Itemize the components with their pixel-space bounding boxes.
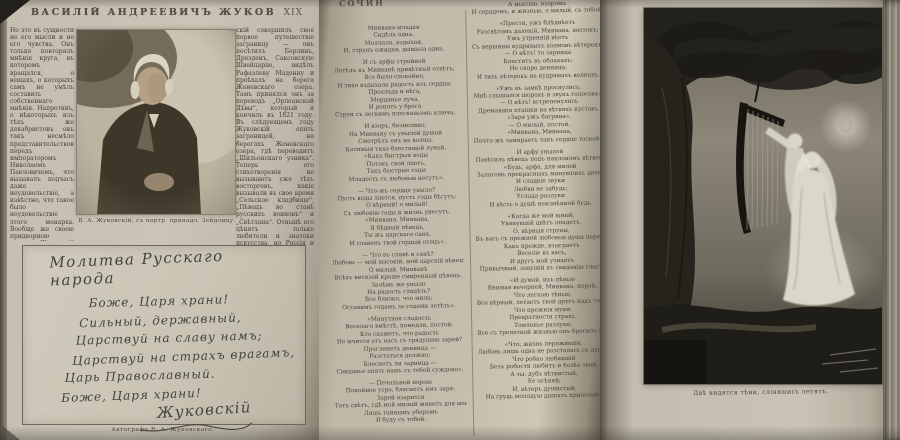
right-page: Двѣ видятся тѣни, сліявшись летятъ. xyxy=(600,0,900,440)
verse-line: Почто-жъ замираетъ такъ сердце тоской?» xyxy=(474,136,600,146)
poem-stanza: А мыслію, взоромъИ сердцемъ, и жизнью, о… xyxy=(471,0,600,17)
verse-line: Привычный, зовущій къ свиданію гласъ. xyxy=(476,264,600,274)
verse-line: И сердцемъ, и жизнью, о милый, съ тобой. xyxy=(471,8,600,18)
page-title: ВАСИЛІЙ АНДРЕЕВИЧЪ ЖУКОВСКІЙ xyxy=(31,7,275,18)
poem-stanza: «Прости, ужъ блѣднѣетъРазсвѣтомъ далекій… xyxy=(471,20,600,82)
left-column-paragraph: Но это въ сущности не его мысли и не его… xyxy=(10,27,74,241)
poem-stanza: — Печальной пороюПокойное утро, блеснетъ… xyxy=(334,379,467,426)
poem-stanza: «Когда же мой юный,Увянувшій цвѣтъ опаде… xyxy=(475,212,600,274)
portrait-plate xyxy=(76,29,236,215)
left-page: ВАСИЛІЙ АНДРЕЕВИЧЪ ЖУКОВСКІЙ XIX Но это … xyxy=(7,0,319,440)
verse-line: Я буду съ тобой. xyxy=(335,416,467,426)
page-stack-edge xyxy=(883,0,900,440)
poem-column-1: Минвана младаяСидѣла одна,Молчала, вздых… xyxy=(327,24,467,440)
poem-stanza: «И думай, ихъ пѣньюВнимая вечерней, Минв… xyxy=(476,276,600,338)
verse-line: На грудь молодую дышать прилетай». xyxy=(479,392,600,402)
autograph-title: Молитва Русскаго народа xyxy=(49,244,292,289)
poem-stanza: И арфу унылойПовѣсилъ пѣвецъ подъ наклон… xyxy=(474,148,600,210)
poem-stanza: И съ арфы стройнойЛетѣлъ къ Минванѣ прив… xyxy=(328,58,461,120)
book-left-edge xyxy=(0,0,7,440)
verse-line: И, струнъ ожидая, дышала одна. xyxy=(328,46,460,56)
illustration-plate xyxy=(644,8,882,384)
portrait-caption: В. А. Жуковскій, съ портр. принадл. Зейд… xyxy=(47,218,267,224)
handwritten-text: Молитва Русскаго народа Боже, Царя храни… xyxy=(23,238,310,438)
autograph-caption: Автографъ В. А. Жуковскаго. xyxy=(7,427,319,433)
autograph-lines: Боже, Царя храни!Сильный, державный,Царс… xyxy=(38,288,295,406)
right-column-text: скій совершилъ свое первое путешествіе з… xyxy=(236,27,314,245)
verse-line: И славенъ твой гордый отецъ». xyxy=(332,239,464,249)
poem-stanza: «Что, жизнь переживши,Любовь лишь одна н… xyxy=(478,340,600,402)
middle-page-content: СОЧИН Минвана младаяСидѣла одна,Молчала,… xyxy=(325,0,600,440)
photo-of-open-book: ВАСИЛІЙ АНДРЕЕВИЧЪ ЖУКОВСКІЙ XIX Но это … xyxy=(0,0,900,440)
verse-line: Младость съ любовью несутъ». xyxy=(330,175,462,185)
autograph-facsimile: Молитва Русскаго народа Боже, Царя храни… xyxy=(22,245,306,425)
verse-line: И тихъ вѣтерокъ на кудрявыхъ волнахъ. xyxy=(472,72,600,82)
verse-line: Струи съ легкимъ плесканьемъ ключа. xyxy=(329,110,461,120)
poem-stanza: И взоръ, безмолвно,На Минвану съ унылой … xyxy=(329,122,462,184)
poem-stanza: Минвана младаяСидѣла одна,Молчала, вздых… xyxy=(327,24,460,56)
verse-line: Оставимъ годамъ за годами летѣть». xyxy=(333,303,465,313)
poem-stanza: «Минутная сладостьВеселаго вмѣстѣ, помед… xyxy=(333,315,466,377)
verse-line: И вѣсть о душѣ неизмѣнной будь. xyxy=(475,200,600,210)
zhukovsky-portrait-engraving xyxy=(77,30,235,214)
left-column-text: Но это въ сущности не его мысли и не его… xyxy=(10,27,74,241)
poem-column-2: А мыслію, взоромъИ сердцемъ, и жизнью, о… xyxy=(471,0,600,438)
poem-stanza: — Что въ славѣ и санѣ?Любовь — мой высок… xyxy=(332,251,465,313)
illustration-caption: Двѣ видятся тѣни, сліявшись летятъ. xyxy=(630,387,892,398)
middle-page: СОЧИН Минвана младаяСидѣла одна,Молчала,… xyxy=(319,0,600,440)
poem-stanza: «Ужъ въ замкѣ проснулись;Мнѣ слышался шо… xyxy=(473,84,600,146)
verse-line: Все съ трепетной жизнью онъ бросилъ во п… xyxy=(477,328,600,338)
page-number: XIX xyxy=(284,8,303,18)
poem-stanza: — Что-жъ сердце уныло?Пусть воды ліются,… xyxy=(331,187,464,249)
aeolian-harp-illustration xyxy=(644,8,882,384)
verse-line: Свиданье опять намъ съ тобой суждено». xyxy=(334,367,466,377)
running-head: СОЧИН xyxy=(339,0,385,8)
